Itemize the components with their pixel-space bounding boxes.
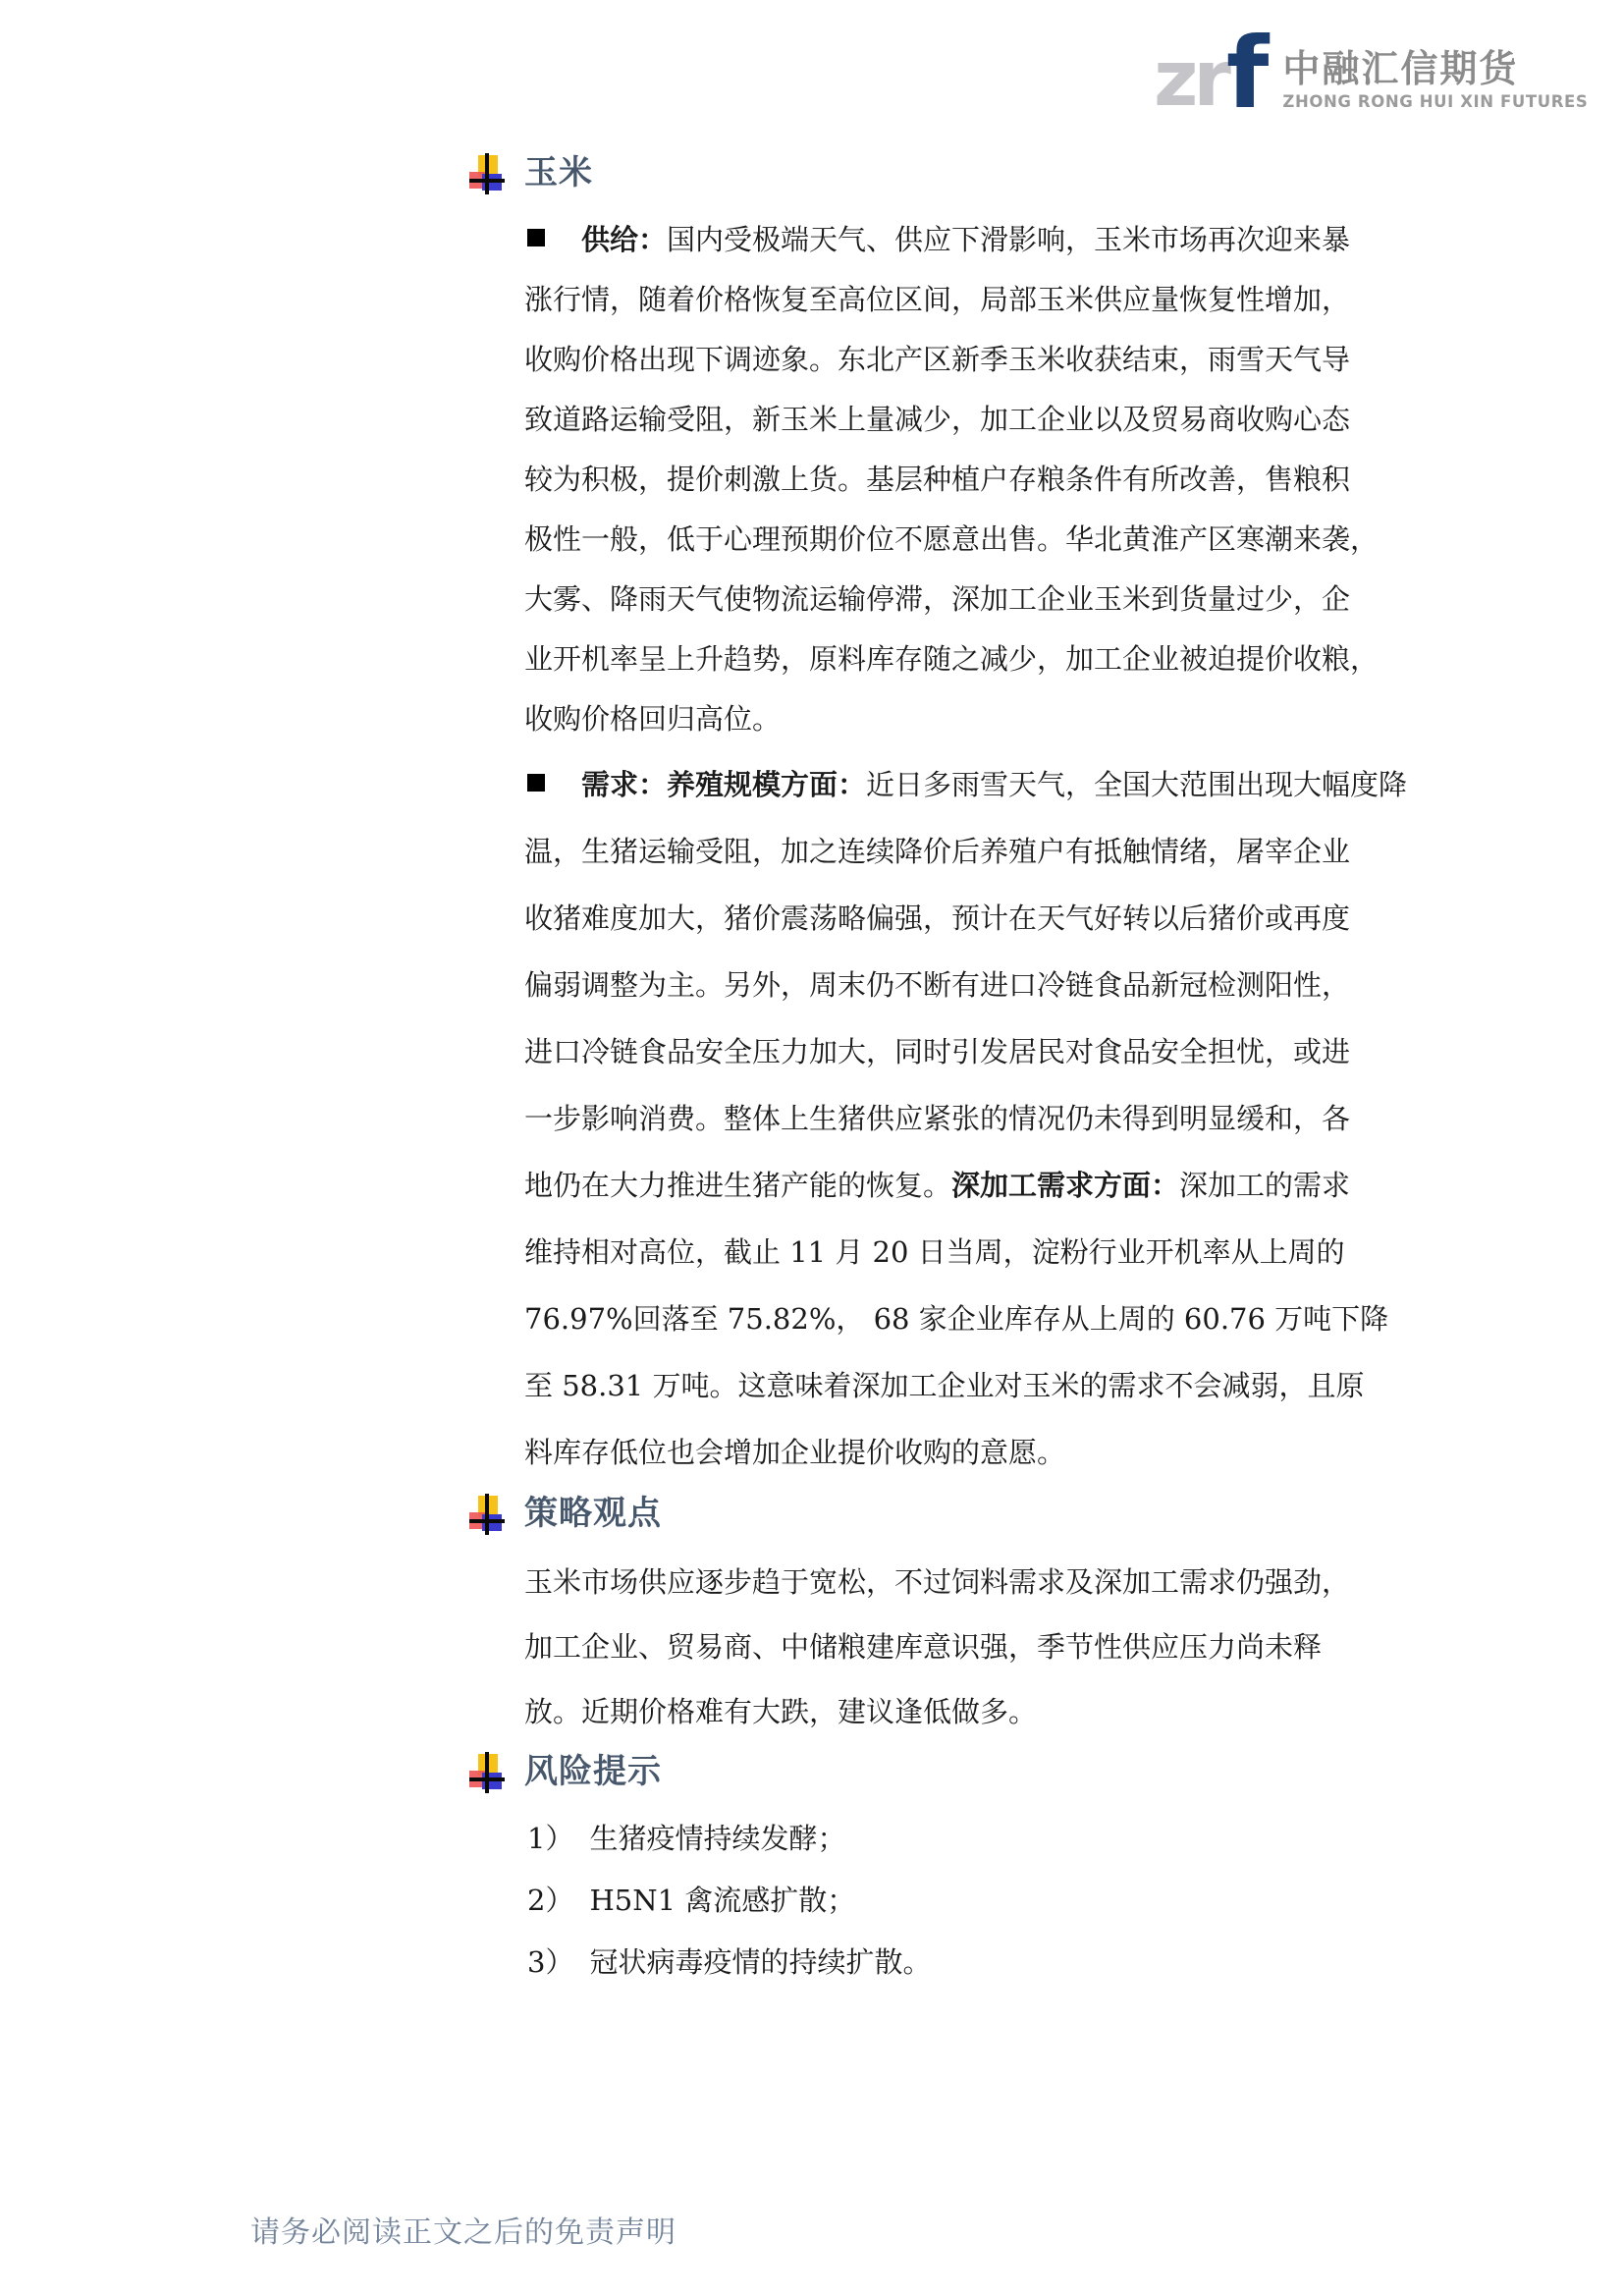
logo-company-name-cn: 中融汇信期货 (1282, 50, 1588, 87)
logo-wordmark: 中融汇信期货 ZHONG RONG HUI XIN FUTURES (1282, 50, 1588, 111)
text-line: 极性一般，低于心理预期价位不愿意出售。华北黄淮产区寒潮来袭， (524, 510, 1369, 570)
text-line: 偏弱调整为主。另外，周末仍不断有进口冷链食品新冠检测阳性， (524, 952, 1369, 1018)
list-square-marker (527, 774, 545, 792)
bullet-cross-horizontal (469, 1777, 505, 1781)
risk-number: 2） (527, 1884, 573, 1917)
section-bullet-icon (469, 153, 505, 194)
text-line: 料库存低位也会增加企业提价收购的意愿。 (524, 1419, 1369, 1486)
deep-processing-label: 深加工需求方面： (951, 1169, 1179, 1202)
text-line: 玉米市场供应逐步趋于宽松，不过饲料需求及深加工需求仍强劲， (524, 1550, 1369, 1614)
text-line: 进口冷链食品安全压力加大，同时引发居民对食品安全担忧，或进 (524, 1018, 1369, 1085)
text-line: 需求：养殖规模方面：近日多雨雪天气，全国大范围出现大幅度降 (524, 751, 1369, 818)
text-line: 加工企业、贸易商、中储粮建库意识强，季节性供应压力尚未释 (524, 1614, 1369, 1679)
section-bullet-icon (469, 1494, 505, 1535)
risk-number: 1） (527, 1822, 573, 1855)
text-line: 一步影响消费。整体上生猪供应紧张的情况仍未得到明显缓和，各 (524, 1085, 1369, 1152)
demand-text: 地仍在大力推进生猪产能的恢复。 (524, 1169, 951, 1202)
demand-paragraph: 需求：养殖规模方面：近日多雨雪天气，全国大范围出现大幅度降 温，生猪运输受阻，加… (524, 751, 1369, 1486)
bullet-cross-horizontal (469, 1519, 505, 1523)
section-heading-risk: 风险提示 (524, 1752, 662, 1791)
text-line: 收购价格出现下调迹象。东北产区新季玉米收获结束，雨雪天气导 (524, 330, 1369, 390)
text-line: 供给：国内受极端天气、供应下滑影响，玉米市场再次迎来暴 (524, 210, 1369, 270)
text-line: 致道路运输受阻，新玉米上量减少，加工企业以及贸易商收购心态 (524, 390, 1369, 450)
text-line: 收购价格回归高位。 (524, 689, 1369, 749)
risk-item: 1）生猪疫情持续发酵； (524, 1808, 1369, 1870)
demand-label: 需求：养殖规模方面： (581, 768, 866, 801)
risk-item: 2）H5N1 禽流感扩散； (524, 1870, 1369, 1932)
logo-zrf-mark: zr f (1154, 35, 1269, 112)
text-line: 涨行情，随着价格恢复至高位区间，局部玉米供应量恢复性增加， (524, 270, 1369, 330)
supply-paragraph: 供给：国内受极端天气、供应下滑影响，玉米市场再次迎来暴 涨行情，随着价格恢复至高… (524, 210, 1369, 749)
demand-text: 深加工的需求 (1179, 1169, 1350, 1202)
risk-list: 1）生猪疫情持续发酵； 2）H5N1 禽流感扩散； 3）冠状病毒疫情的持续扩散。 (524, 1808, 1369, 1994)
text-line: 业开机率呈上升趋势，原料库存随之减少，加工企业被迫提价收粮， (524, 629, 1369, 689)
bullet-cross-vertical (485, 1752, 489, 1793)
company-logo: zr f 中融汇信期货 ZHONG RONG HUI XIN FUTURES (1154, 35, 1588, 112)
bullet-cross-vertical (485, 1494, 489, 1535)
supply-text: 国内受极端天气、供应下滑影响，玉米市场再次迎来暴 (667, 223, 1350, 256)
footer-disclaimer: 请务必阅读正文之后的免责声明 (250, 2208, 676, 2251)
text-line: 维持相对高位，截止 11 月 20 日当周，淀粉行业开机率从上周的 (524, 1219, 1369, 1285)
risk-text: 冠状病毒疫情的持续扩散。 (589, 1945, 931, 1979)
logo-letter-f: f (1226, 35, 1270, 112)
risk-item: 3）冠状病毒疫情的持续扩散。 (524, 1932, 1369, 1994)
risk-text: H5N1 禽流感扩散； (589, 1884, 855, 1917)
text-line: 放。近期价格难有大跌，建议逢低做多。 (524, 1679, 1369, 1744)
bullet-cross-vertical (485, 153, 489, 194)
text-line: 较为积极，提价刺激上货。基层种植户存粮条件有所改善，售粮积 (524, 450, 1369, 510)
list-square-marker (527, 229, 545, 246)
section-heading-strategy: 策略观点 (524, 1494, 662, 1533)
report-page: zr f 中融汇信期货 ZHONG RONG HUI XIN FUTURES 玉… (0, 0, 1623, 2296)
text-line: 76.97%回落至 75.82%， 68 家企业库存从上周的 60.76 万吨下… (524, 1285, 1369, 1352)
risk-number: 3） (527, 1945, 573, 1979)
text-line: 大雾、降雨天气使物流运输停滞，深加工企业玉米到货量过少，企 (524, 570, 1369, 629)
logo-company-name-en: ZHONG RONG HUI XIN FUTURES (1282, 94, 1588, 111)
text-line: 地仍在大力推进生猪产能的恢复。深加工需求方面：深加工的需求 (524, 1152, 1369, 1219)
risk-text: 生猪疫情持续发酵； (589, 1822, 845, 1855)
section-heading-corn: 玉米 (524, 153, 593, 192)
strategy-paragraph: 玉米市场供应逐步趋于宽松，不过饲料需求及深加工需求仍强劲， 加工企业、贸易商、中… (524, 1550, 1369, 1744)
section-title: 风险提示 (524, 1752, 662, 1791)
section-title: 策略观点 (524, 1494, 662, 1533)
section-title: 玉米 (524, 153, 593, 192)
demand-text: 近日多雨雪天气，全国大范围出现大幅度降 (866, 768, 1407, 801)
text-line: 至 58.31 万吨。这意味着深加工企业对玉米的需求不会减弱，且原 (524, 1352, 1369, 1419)
bullet-cross-horizontal (469, 179, 505, 183)
text-line: 温，生猪运输受阻，加之连续降价后养殖户有抵触情绪，屠宰企业 (524, 818, 1369, 885)
logo-letters-zr: zr (1154, 49, 1226, 112)
supply-label: 供给： (581, 223, 667, 256)
text-line: 收猪难度加大，猪价震荡略偏强，预计在天气好转以后猪价或再度 (524, 885, 1369, 952)
section-bullet-icon (469, 1752, 505, 1793)
